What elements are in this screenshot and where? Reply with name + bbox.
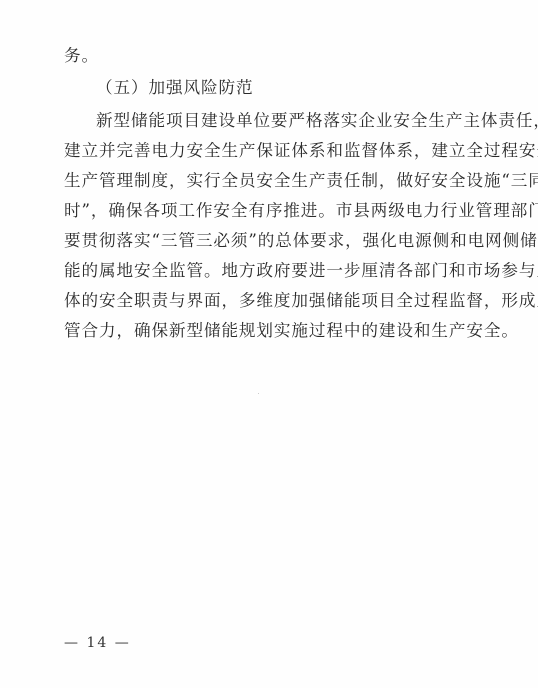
scan-speck	[258, 393, 259, 394]
paragraph-line: 新型储能项目建设单位要严格落实企业安全生产主体责任，	[96, 111, 516, 131]
continuation-text: 务。	[64, 46, 484, 66]
document-page: 务。 （五）加强风险防范 新型储能项目建设单位要严格落实企业安全生产主体责任， …	[0, 0, 538, 688]
paragraph-line: 体的安全职责与界面，多维度加强储能项目全过程监督，形成监	[64, 291, 484, 311]
section-heading: （五）加强风险防范	[96, 78, 516, 98]
paragraph-line: 要贯彻落实“三管三必须”的总体要求，强化电源侧和电网侧储	[64, 231, 484, 251]
paragraph-line: 管合力，确保新型储能规划实施过程中的建设和生产安全。	[64, 321, 484, 341]
paragraph-line: 能的属地安全监管。地方政府要进一步厘清各部门和市场参与主	[64, 261, 484, 281]
page-number: — 14 —	[64, 635, 131, 651]
paragraph-line: 建立并完善电力安全生产保证体系和监督体系，建立全过程安全	[64, 141, 484, 161]
paragraph-line: 生产管理制度，实行全员安全生产责任制，做好安全设施“三同	[64, 171, 484, 191]
paragraph-line: 时”，确保各项工作安全有序推进。市县两级电力行业管理部门	[64, 201, 484, 221]
